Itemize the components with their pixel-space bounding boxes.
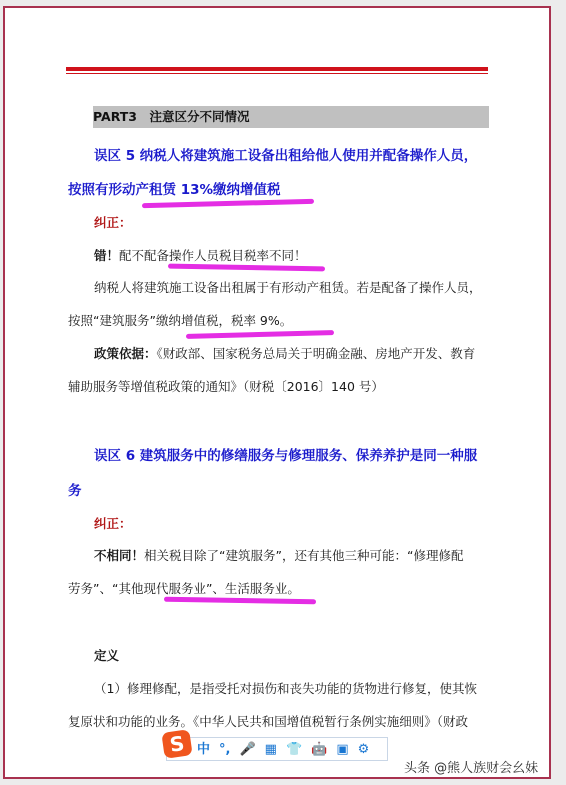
microphone-icon[interactable]: 🎤 bbox=[239, 743, 255, 756]
watermark: 头条 @熊人族财会幺妹 bbox=[404, 757, 538, 776]
error5-title-line1: 误区 5 纳税人将建筑施工设备出租给他人使用并配备操作人员， bbox=[94, 144, 477, 164]
error6-title-line1: 误区 6 建筑服务中的修缮服务与修理服务、保养养护是同一种服 bbox=[94, 444, 477, 464]
error5-wrong-line: 错！配不配备操作人员税目税率不同！ bbox=[94, 246, 307, 264]
error5-para1-line1: 纳税人将建筑施工设备出租属于有形动产租赁。若是配备了操作人员， bbox=[94, 278, 482, 296]
skin-shirt-icon[interactable]: 👕 bbox=[286, 743, 302, 756]
settings-icon[interactable]: ⚙ bbox=[358, 743, 370, 756]
error5-title-line2: 按照有形动产租赁 13%缴纳增值税 bbox=[68, 178, 281, 198]
game-icon[interactable]: 🤖 bbox=[311, 743, 327, 756]
chinese-mode-icon[interactable]: 中 bbox=[197, 743, 210, 756]
error6-title-line2: 务 bbox=[68, 479, 82, 499]
policy-line1: 政策依据：《财政部、国家税务总局关于明确金融、房地产开发、教育 bbox=[94, 344, 475, 362]
error5-para1-line2: 按照“建筑服务”缴纳增值税，税率 9%。 bbox=[68, 311, 292, 329]
header-rule-thin bbox=[66, 73, 488, 74]
error6-diff-line2: 劳务”、“其他现代服务业”、生活服务业。 bbox=[68, 579, 300, 597]
keyboard-icon[interactable]: ▦ bbox=[265, 743, 277, 756]
error6-diff-line: 不相同！相关税目除了“建筑服务”，还有其他三种可能：“修理修配 bbox=[94, 546, 463, 564]
error6-correction-label: 纠正： bbox=[94, 514, 132, 532]
wrong-text: 配不配备操作人员税目税率不同！ bbox=[119, 248, 307, 263]
apps-grid-icon[interactable]: ▣ bbox=[336, 743, 348, 756]
diff-text: 相关税目除了“建筑服务”，还有其他三种可能：“修理修配 bbox=[144, 548, 463, 563]
error5-correction-label: 纠正： bbox=[94, 213, 132, 231]
sogou-logo-icon[interactable]: S bbox=[161, 729, 192, 759]
ime-toolbar[interactable]: 中 °, 🎤 ▦ 👕 🤖 ▣ ⚙ bbox=[166, 737, 388, 761]
policy-line2: 辅助服务等增值税政策的通知》（财税〔2016〕140 号） bbox=[68, 377, 384, 395]
policy-text: 《财政部、国家税务总局关于明确金融、房地产开发、教育 bbox=[157, 346, 476, 361]
punctuation-icon[interactable]: °, bbox=[219, 743, 230, 756]
part-heading: PART3 注意区分不同情况 bbox=[93, 106, 489, 128]
definition-heading: 定义 bbox=[94, 646, 119, 664]
definition-line2: 复原状和功能的业务。《中华人民共和国增值税暂行条例实施细则》（财政 bbox=[68, 712, 468, 730]
diff-label: 不相同！ bbox=[94, 548, 144, 563]
definition-line1: （1）修理修配，是指受托对损伤和丧失功能的货物进行修复，使其恢 bbox=[94, 679, 477, 697]
wrong-label: 错！ bbox=[94, 248, 119, 263]
policy-label: 政策依据： bbox=[94, 346, 157, 361]
header-rule bbox=[66, 67, 488, 71]
